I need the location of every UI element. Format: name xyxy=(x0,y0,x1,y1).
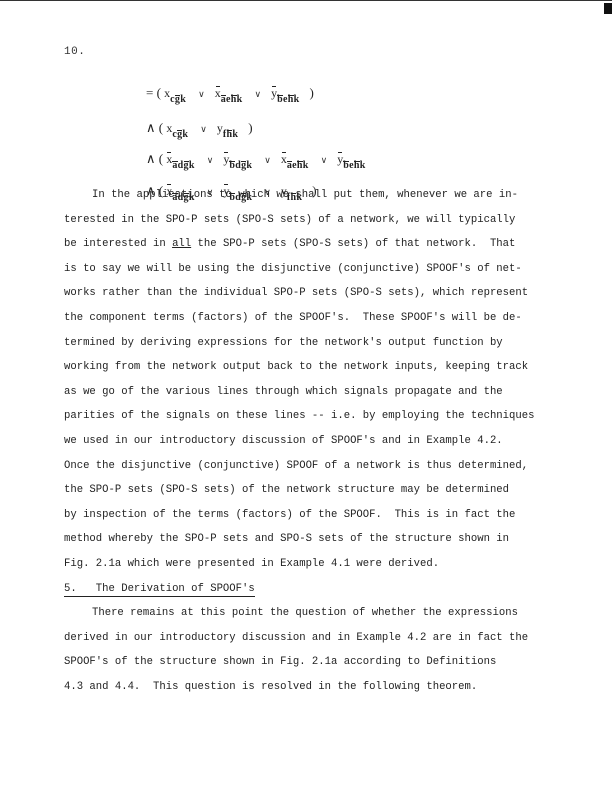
section-heading: 5. The Derivation of SPOOF's xyxy=(64,577,564,602)
formula-prefix: ∧ ( xyxy=(146,151,166,166)
text-line: terested in the SPO-P sets (SPO-S sets) … xyxy=(64,208,564,233)
text-line: derived in our introductory discussion a… xyxy=(64,626,564,651)
formula-line: = ( xcgk∨xaehk∨ybehk) xyxy=(146,85,314,101)
text-line: termined by deriving expressions for the… xyxy=(64,331,564,356)
formula-term: xcgk xyxy=(164,86,186,101)
formula-term: ybehk xyxy=(271,86,299,101)
text-line: the SPO-P sets (SPO-S sets) of the netwo… xyxy=(64,478,564,503)
scan-mark xyxy=(604,3,612,14)
scan-edge xyxy=(0,0,612,1)
text-line: Once the disjunctive (conjunctive) SPOOF… xyxy=(64,454,564,479)
text-line: be interested in all the SPO-P sets (SPO… xyxy=(64,232,564,257)
text-line: works rather than the individual SPO-P s… xyxy=(64,281,564,306)
formula-line: ∧ ( xcgk∨yfhk) xyxy=(146,120,253,136)
section-heading-text: 5. The Derivation of SPOOF's xyxy=(64,583,255,597)
text-line: as we go of the various lines through wh… xyxy=(64,380,564,405)
formula-operator: ∨ xyxy=(198,89,205,99)
formula-term: xcgk xyxy=(166,121,188,136)
paragraph-2: There remains at this point the question… xyxy=(64,601,564,699)
text-line: working from the network output back to … xyxy=(64,355,564,380)
formula-term: ybehk xyxy=(337,152,365,167)
text-line: SPOOF's of the structure shown in Fig. 2… xyxy=(64,650,564,675)
formula-operator: ∨ xyxy=(255,89,262,99)
formula-term: xaehk xyxy=(281,152,309,167)
formula-line: ∧ ( xadgk∨ybdgk∨xaehk∨ybehk xyxy=(146,151,376,167)
formula-term: xadgk xyxy=(166,152,194,167)
body-text: In the applications to which we shall pu… xyxy=(64,183,564,699)
text-line: by inspection of the terms (factors) of … xyxy=(64,503,564,528)
formula-term: yfhk xyxy=(217,121,238,136)
text-line: There remains at this point the question… xyxy=(64,601,564,626)
text-line: we used in our introductory discussion o… xyxy=(64,429,564,454)
text-line: method whereby the SPO-P sets and SPO-S … xyxy=(64,527,564,552)
text-line: is to say we will be using the disjuncti… xyxy=(64,257,564,282)
formula-operator: ∨ xyxy=(207,155,214,165)
text-line: parities of the signals on these lines -… xyxy=(64,404,564,429)
paragraph-1: In the applications to which we shall pu… xyxy=(64,183,564,577)
formula-term: xaehk xyxy=(215,86,243,101)
formula-operator: ∨ xyxy=(200,124,207,134)
formula-prefix: = ( xyxy=(146,85,164,100)
formula-operator: ∨ xyxy=(264,155,271,165)
page-number: 10. xyxy=(64,46,85,58)
text-line: the component terms (factors) of the SPO… xyxy=(64,306,564,331)
formula-operator: ∨ xyxy=(321,155,328,165)
text-line: In the applications to which we shall pu… xyxy=(64,183,564,208)
formula-term: ybdgk xyxy=(223,152,252,167)
text-line: Fig. 2.1a which were presented in Exampl… xyxy=(64,552,564,577)
text-line: 4.3 and 4.4. This question is resolved i… xyxy=(64,675,564,700)
formula-prefix: ∧ ( xyxy=(146,120,166,135)
